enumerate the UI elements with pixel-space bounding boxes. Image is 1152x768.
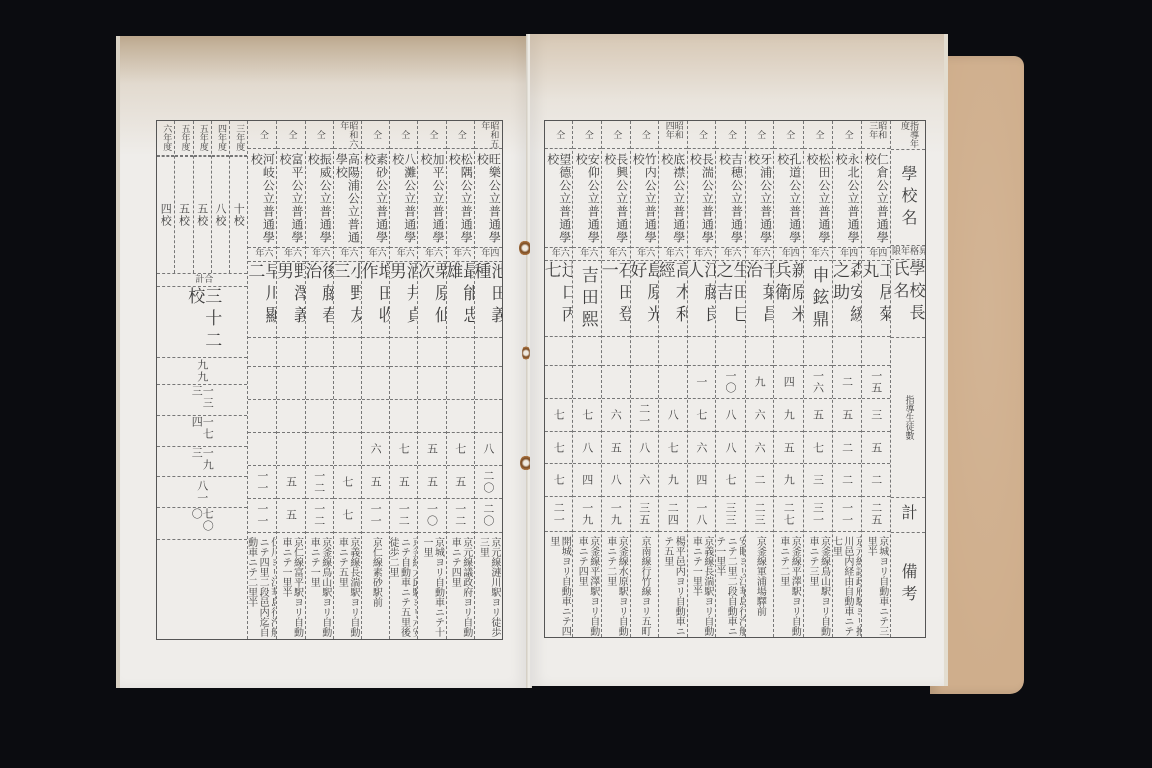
total-cell: 一二 — [306, 499, 333, 533]
summary-school-count: 八校 — [212, 156, 229, 273]
principal-name-cell: 後藤春治 — [306, 262, 333, 338]
year-cell: 昭和三年 — [862, 121, 890, 149]
grade-years-cell: 六年 — [688, 248, 716, 262]
remarks-cell: 京釜線鳥山駅ヨリ自動車ニテ三里 — [804, 532, 832, 638]
total-cell: 一九 — [602, 497, 630, 531]
grade-years-cell: 六年 — [746, 248, 774, 262]
remarks-cell: 仁川ヨリ江華島行汽船ニテ四里二段邑内迄自動車ニテ二里半 — [248, 533, 276, 639]
year-cell: 仝 — [545, 121, 573, 149]
remarks-cell: 開城ヨリ自動車ニテ四里 — [545, 532, 573, 638]
student-count-cell — [602, 337, 630, 367]
register-column: 仝松田公立普通學校六年申鉉鼎一六五七三三一京釜線鳥山駅ヨリ自動車ニテ三里 — [803, 121, 832, 637]
year-cell: 仝 — [688, 121, 716, 149]
grade-years-cell: 六年 — [545, 248, 573, 262]
grade-years-cell: 六年 — [573, 248, 601, 262]
student-count-cell — [390, 367, 417, 400]
student-count-cell — [362, 400, 389, 433]
school-name-cell: 望德公立普通學校 — [545, 149, 573, 248]
school-name-cell: 松隅公立普通學校 — [447, 149, 474, 248]
student-count-cell — [602, 366, 630, 399]
student-count-cell: 八 — [716, 399, 745, 432]
student-count-cell — [545, 366, 573, 399]
year-cell: 仝 — [774, 121, 803, 149]
student-count-cell — [334, 400, 361, 433]
total-cell: 二〇 — [475, 499, 502, 533]
total-cell: 三三 — [716, 497, 745, 531]
student-count-cell — [447, 400, 474, 433]
principal-name-cell: 申鉉鼎 — [804, 261, 832, 337]
student-count-cell — [248, 367, 276, 400]
student-count-cell: 二 — [833, 366, 862, 399]
school-name-cell: 素砂公立普通學校 — [362, 149, 389, 248]
grade-years-cell: 六年 — [659, 248, 687, 262]
year-cell: 昭和六年 — [334, 121, 361, 149]
register-column: 昭和六年高陽浦公立普通學校六年小野友三七七京義線長湍駅ヨリ自動車ニテ五里 — [333, 121, 361, 639]
total-cell: 一一 — [833, 497, 862, 531]
principal-name-cell: 小野友三 — [334, 262, 361, 338]
student-count-cell: 七 — [804, 432, 832, 465]
student-count-cell: 一六 — [804, 366, 832, 399]
student-count-cell — [390, 338, 417, 368]
register-column: 仝永北公立普通學校四年森安緩之助二五二二一一京元線議政府駅ヨリ抱川邑内経由自動車… — [832, 121, 862, 637]
student-count-cell — [447, 367, 474, 400]
student-count-cell — [659, 337, 687, 367]
remarks-cell: 安眠ヨリ江華島行汽船ニテ二里二段自動車ニテ一里半 — [716, 532, 745, 638]
student-count-cell: 九 — [746, 366, 774, 399]
remarks-cell: 京釜線水原駅ヨリ自動車ニテ二里 — [602, 532, 630, 638]
student-count-cell — [774, 337, 803, 367]
student-count-cell — [475, 367, 502, 400]
student-count-cell: 八 — [716, 432, 745, 465]
grade-years-cell: 四年 — [475, 248, 502, 262]
student-count-cell — [833, 337, 862, 367]
register-column: 仝振威公立普通學校六年後藤春治一二一二京釜線鳥山駅ヨリ自動車ニテ一里 — [305, 121, 333, 639]
student-count-cell: 七 — [545, 432, 573, 465]
year-cell: 仝 — [746, 121, 774, 149]
binding-hole — [522, 345, 530, 361]
grade-years-cell: 四年 — [862, 248, 890, 262]
register-column: 仝長湍公立普通學校六年江藤良人一七六四一八京義線長湍駅ヨリ自動車ニテ一里半 — [687, 121, 716, 637]
student-count-cell: 四 — [688, 464, 716, 497]
register-column: 昭和四年底襟公立普通學校六年高木利經八七九二四楊平邑内ヨリ自動車ニテ五里 — [658, 121, 687, 637]
remarks-cell: 楊平邑内ヨリ自動車ニテ五里 — [659, 532, 687, 638]
total-cell: 二七 — [774, 497, 803, 531]
total-cell: 一〇 — [418, 499, 445, 533]
grand-total-count: 一九三 — [157, 447, 247, 478]
student-count-cell: 六 — [688, 432, 716, 465]
year-cell: 仝 — [277, 121, 304, 149]
principal-name-cell: 早川顯二 — [248, 262, 276, 338]
year-cell: 仝 — [306, 121, 333, 149]
student-count-cell: 五 — [862, 432, 890, 465]
student-count-cell: 五 — [390, 466, 417, 499]
principal-name-cell: 千葉昌治 — [746, 261, 774, 337]
register-column: 仝富平公立普通學校六年野澤義男五五京仁線富平駅ヨリ自動車ニテ一里半 — [276, 121, 304, 639]
grade-years-cell: 四年 — [833, 248, 862, 262]
student-count-cell: 七 — [545, 399, 573, 432]
grade-years-cell: 六年 — [390, 248, 417, 262]
year-cell: 昭和四年 — [659, 121, 687, 149]
remarks-cell: 京元線議政府駅ヨリ抱川邑内経由自動車ニテ七里 — [833, 532, 862, 638]
school-name-cell: 河岐公立普通學校 — [248, 149, 276, 248]
total-cell: 三一 — [804, 497, 832, 531]
student-count-cell: 五 — [418, 433, 445, 466]
summary-year-label: 六年度 — [157, 121, 174, 156]
student-count-cell: 二 — [833, 432, 862, 465]
student-count-cell: 六 — [746, 399, 774, 432]
student-count-cell — [716, 337, 745, 367]
student-count-cell — [447, 338, 474, 368]
student-count-cell — [306, 433, 333, 466]
register-column: 仝加平公立普通學校六年栗原仙次五五一〇京城ヨリ自動車ニテ十一里 — [417, 121, 445, 639]
grand-total-label: 合計 — [157, 274, 247, 287]
student-count-cell — [631, 366, 659, 399]
summary-school-count: 五校 — [175, 156, 192, 273]
total-cell: 二四 — [659, 497, 687, 531]
header-total: 計 — [891, 498, 925, 533]
student-count-cell: 四 — [774, 366, 803, 399]
student-count-cell: 八 — [573, 432, 601, 465]
student-count-cell: 二 — [746, 464, 774, 497]
student-count-cell — [804, 337, 832, 367]
right-register-table: 指導年度學校名昇格年限學校長氏名指導生徒數計備考昭和三年仁倉公立普通學校四年工居… — [544, 120, 926, 638]
left-register-table: 昭和五年旺樂公立普通學校四年池田義種八二〇二〇京元線漣川駅ヨリ徒歩三里仝松隅公立… — [156, 120, 503, 640]
student-count-cell — [277, 367, 304, 400]
student-count-cell — [277, 433, 304, 466]
student-count-cell — [545, 337, 573, 367]
register-column: 仝長興公立普通學校六年石田登一六五八一九京釜線水原駅ヨリ自動車ニテ二里 — [601, 121, 630, 637]
school-name-cell: 八灘公立普通學校 — [390, 149, 417, 248]
register-column: 仝望德公立普通學校六年辻口丙七七七七二一開城ヨリ自動車ニテ四里 — [545, 121, 573, 637]
student-count-cell: 八 — [475, 433, 502, 466]
student-count-cell: 一〇 — [716, 366, 745, 399]
total-cell: 一二 — [447, 499, 474, 533]
summary-year-label: 四年度 — [212, 121, 229, 156]
student-count-cell: 一 — [688, 366, 716, 399]
principal-name-cell: 江藤良人 — [688, 261, 716, 337]
student-count-cell: 二 — [833, 464, 862, 497]
student-count-cell: 七 — [716, 464, 745, 497]
school-name-cell: 長興公立普通學校 — [602, 149, 630, 248]
register-column: 仝安仰公立普通學校六年吉田熙七八四一九京釜線平澤駅ヨリ自動車ニテ四里 — [572, 121, 601, 637]
grade-years-cell: 四年 — [774, 248, 803, 262]
remarks-cell: 京南線行竹線ヨリ五町 — [631, 532, 659, 638]
year-cell: 仝 — [833, 121, 862, 149]
principal-name-cell: 高木利經 — [659, 261, 687, 337]
student-count-cell: 五 — [447, 466, 474, 499]
year-cell: 仝 — [362, 121, 389, 149]
school-name-cell: 高陽浦公立普通學校 — [334, 149, 361, 248]
header-student-count: 指導生徒數 — [891, 338, 925, 498]
summary-school-count: 十校 — [230, 156, 247, 273]
remarks-cell: 京義線長湍駅ヨリ自動車ニテ一里半 — [688, 532, 716, 638]
grade-years-cell: 六年 — [447, 248, 474, 262]
school-name-cell: 竹内公立普通學校 — [631, 149, 659, 248]
principal-name-cell: 辻口丙七 — [545, 261, 573, 337]
principal-name-cell: 森安緩之助 — [833, 261, 862, 337]
student-count-cell: 五 — [602, 432, 630, 465]
principal-name-cell: 野澤義男 — [277, 262, 304, 338]
student-count-cell: 六 — [602, 399, 630, 432]
total-cell: 一一 — [362, 499, 389, 533]
student-count-cell — [277, 338, 304, 368]
student-count-cell: 七 — [390, 433, 417, 466]
header-column: 指導年度學校名昇格年限學校長氏名指導生徒數計備考 — [890, 121, 925, 637]
total-cell: 五 — [277, 499, 304, 533]
student-count-cell: 二一 — [631, 399, 659, 432]
student-count-cell — [362, 338, 389, 368]
year-cell: 仝 — [804, 121, 832, 149]
school-name-cell: 長湍公立普通學校 — [688, 149, 716, 248]
student-count-cell — [475, 400, 502, 433]
summary-year-label: 三年度 — [230, 121, 247, 156]
student-count-cell: 六 — [746, 432, 774, 465]
total-cell: 一二 — [390, 499, 417, 533]
principal-name-cell: 生田巳之吉 — [716, 261, 745, 337]
principal-name-cell: 池田義種 — [475, 262, 502, 338]
header-year: 指導年度 — [891, 121, 925, 150]
student-count-cell: 五 — [774, 432, 803, 465]
school-name-cell: 仁倉公立普通學校 — [862, 149, 890, 248]
remarks-cell: 京釜線大邱駅ヨリ六安ニテ自動車ニテ五里後徒歩二里 — [390, 533, 417, 639]
student-count-cell: 七 — [659, 432, 687, 465]
school-name-cell: 孔道公立普通學校 — [774, 149, 803, 248]
school-name-cell: 底襟公立普通學校 — [659, 149, 687, 248]
register-column: 仝竹内公立普通學校六年島原光好二一八六三五京南線行竹線ヨリ五町 — [630, 121, 659, 637]
register-column: 仝吉穂公立普通學校六年生田巳之吉一〇八八七三三安眠ヨリ江華島行汽船ニテ二里二段自… — [715, 121, 745, 637]
student-count-cell — [418, 400, 445, 433]
school-name-cell: 安仰公立普通學校 — [573, 149, 601, 248]
student-count-cell: 三 — [862, 399, 890, 432]
remarks-cell: 京釜線平澤駅ヨリ自動車ニテ四里 — [573, 532, 601, 638]
student-count-cell — [334, 367, 361, 400]
student-count-cell — [475, 338, 502, 368]
header-grade-years: 昇格年限 — [891, 246, 925, 260]
grand-total-count: 一七四 — [157, 416, 247, 447]
grade-years-cell: 六年 — [804, 248, 832, 262]
register-column: 仝素砂公立普通學校六年増田收作六五一一京仁線素砂駅前 — [361, 121, 389, 639]
student-count-cell — [573, 337, 601, 367]
principal-name-cell: 石田登一 — [602, 261, 630, 337]
grade-years-cell: 六年 — [602, 248, 630, 262]
header-remarks: 備考 — [891, 533, 925, 637]
principal-name-cell: 酒井貞男 — [390, 262, 417, 338]
student-count-cell: 五 — [362, 466, 389, 499]
student-count-cell — [248, 400, 276, 433]
student-count-cell: 五 — [804, 399, 832, 432]
register-column: 昭和五年旺樂公立普通學校四年池田義種八二〇二〇京元線漣川駅ヨリ徒歩三里 — [474, 121, 502, 639]
student-count-cell — [573, 366, 601, 399]
principal-name-cell: 増田收作 — [362, 262, 389, 338]
student-count-cell — [390, 400, 417, 433]
backing-card — [930, 56, 1024, 694]
remarks-cell: 京釜線鳥山駅ヨリ自動車ニテ一里 — [306, 533, 333, 639]
student-count-cell — [631, 337, 659, 367]
header-school-name: 學校名 — [891, 150, 925, 247]
student-count-cell — [334, 433, 361, 466]
summary-school-count: 五校 — [194, 156, 211, 273]
student-count-cell — [248, 433, 276, 466]
student-count-cell: 二〇 — [475, 466, 502, 499]
total-cell: 二一 — [545, 497, 573, 531]
student-count-cell: 九 — [774, 399, 803, 432]
grade-years-cell: 六年 — [716, 248, 745, 262]
remarks-cell: 京仁線素砂駅前 — [362, 533, 389, 639]
student-count-cell: 一五 — [862, 366, 890, 399]
school-name-cell: 吉穂公立普通學校 — [716, 149, 745, 248]
year-cell: 仝 — [602, 121, 630, 149]
total-cell: 二五 — [862, 497, 890, 531]
student-count-cell — [306, 338, 333, 368]
student-count-cell — [248, 338, 276, 368]
grade-years-cell: 六年 — [277, 248, 304, 262]
principal-name-cell: 最能忠雄 — [447, 262, 474, 338]
register-column: 昭和三年仁倉公立普通學校四年工居菊丸一五三五二二五京城ヨリ自動車ニテ三里半 — [861, 121, 890, 637]
principal-name-cell: 吉田熙 — [573, 261, 601, 337]
student-count-cell: 八 — [631, 432, 659, 465]
principal-name-cell: 新原米兵衛 — [774, 261, 803, 337]
remarks-cell: 京城ヨリ自動車ニテ十一里 — [418, 533, 445, 639]
year-cell: 仝 — [390, 121, 417, 149]
year-cell: 仝 — [573, 121, 601, 149]
summary-school-count: 四校 — [157, 156, 174, 273]
principal-name-cell: 栗原仙次 — [418, 262, 445, 338]
student-count-cell: 八 — [659, 399, 687, 432]
year-cell: 仝 — [248, 121, 276, 149]
year-cell: 仝 — [631, 121, 659, 149]
summary-section: 三年度十校四年度八校五年度五校五年度五校六年度四校合計三十二校九九一三三一七四一… — [157, 121, 247, 639]
school-name-cell: 振威公立普通學校 — [306, 149, 333, 248]
grand-total-count: 九九 — [157, 358, 247, 386]
student-count-cell: 七 — [545, 464, 573, 497]
register-column: 仝松隅公立普通學校六年最能忠雄七五一二京元線議政府ヨリ自動車ニテ四里 — [446, 121, 474, 639]
grand-total-count: 一三三 — [157, 385, 247, 416]
total-cell: 一九 — [573, 497, 601, 531]
student-count-cell — [746, 337, 774, 367]
right-page: 指導年度學校名昇格年限學校長氏名指導生徒數計備考昭和三年仁倉公立普通學校四年工居… — [530, 34, 944, 686]
year-cell: 仝 — [716, 121, 745, 149]
remarks-cell: 京仁線富平駅ヨリ自動車ニテ一里半 — [277, 533, 304, 639]
remarks-cell: 京義線長湍駅ヨリ自動車ニテ五里 — [334, 533, 361, 639]
student-count-cell: 七 — [447, 433, 474, 466]
remarks-cell: 京釜線軍浦場驛前 — [746, 532, 774, 638]
grade-years-cell: 六年 — [306, 248, 333, 262]
school-name-cell: 加平公立普通學校 — [418, 149, 445, 248]
grand-total-schools: 三十二校 — [157, 287, 247, 358]
year-cell: 昭和五年 — [475, 121, 502, 149]
total-cell: 七 — [334, 499, 361, 533]
student-count-cell — [418, 338, 445, 368]
total-cell: 二三 — [746, 497, 774, 531]
student-count-cell — [862, 337, 890, 367]
grand-total-sum: 七〇〇 — [157, 508, 247, 540]
remarks-cell: 京元線漣川駅ヨリ徒歩三里 — [475, 533, 502, 639]
year-cell: 仝 — [447, 121, 474, 149]
remarks-cell: 京釜線平澤駅ヨリ自動車ニテ二里 — [774, 532, 803, 638]
student-count-cell — [362, 367, 389, 400]
school-name-cell: 松田公立普通學校 — [804, 149, 832, 248]
school-name-cell: 旺樂公立普通學校 — [475, 149, 502, 248]
student-count-cell: 一二 — [306, 466, 333, 499]
empty-remarks-cell — [157, 540, 247, 639]
grand-total-count: 八一 — [157, 477, 247, 508]
grade-years-cell: 六年 — [418, 248, 445, 262]
student-count-cell — [334, 338, 361, 368]
header-principal: 學校長氏名 — [891, 260, 925, 337]
remarks-cell: 京元線議政府ヨリ自動車ニテ四里 — [447, 533, 474, 639]
school-name-cell: 永北公立普通學校 — [833, 149, 862, 248]
grade-years-cell: 六年 — [334, 248, 361, 262]
register-column: 仝孔道公立普通學校四年新原米兵衛四九五九二七京釜線平澤駅ヨリ自動車ニテ二里 — [773, 121, 803, 637]
student-count-cell — [688, 337, 716, 367]
student-count-cell: 六 — [362, 433, 389, 466]
student-count-cell — [277, 400, 304, 433]
student-count-cell: 二 — [862, 464, 890, 497]
student-count-cell: 一一 — [248, 466, 276, 499]
student-count-cell: 七 — [688, 399, 716, 432]
student-count-cell — [306, 400, 333, 433]
student-count-cell — [659, 366, 687, 399]
student-count-cell: 五 — [418, 466, 445, 499]
student-count-cell: 四 — [573, 464, 601, 497]
principal-name-cell: 島原光好 — [631, 261, 659, 337]
grade-years-cell: 六年 — [362, 248, 389, 262]
student-count-cell: 六 — [631, 464, 659, 497]
grade-years-cell: 六年 — [631, 248, 659, 262]
principal-name-cell: 工居菊丸 — [862, 261, 890, 337]
school-name-cell: 富平公立普通學校 — [277, 149, 304, 248]
student-count-cell: 七 — [573, 399, 601, 432]
register-column: 仝河岐公立普通學校六年早川顯二一一一一仁川ヨリ江華島行汽船ニテ四里二段邑内迄自動… — [247, 121, 276, 639]
total-cell: 三五 — [631, 497, 659, 531]
student-count-cell — [418, 367, 445, 400]
total-cell: 一八 — [688, 497, 716, 531]
summary-year-label: 五年度 — [194, 121, 211, 156]
grade-years-cell: 六年 — [248, 248, 276, 262]
remarks-cell: 京城ヨリ自動車ニテ三里半 — [862, 532, 890, 638]
student-count-cell: 八 — [602, 464, 630, 497]
year-cell: 仝 — [418, 121, 445, 149]
student-count-cell: 九 — [774, 464, 803, 497]
total-cell: 一一 — [248, 499, 276, 533]
student-count-cell — [306, 367, 333, 400]
student-count-cell: 七 — [334, 466, 361, 499]
student-count-cell: 九 — [659, 464, 687, 497]
register-column: 仝牙浦公立普通學校六年千葉昌治九六六二二三京釜線軍浦場驛前 — [745, 121, 774, 637]
summary-year-label: 五年度 — [175, 121, 192, 156]
student-count-cell: 三 — [804, 464, 832, 497]
school-name-cell: 牙浦公立普通學校 — [746, 149, 774, 248]
student-count-cell: 五 — [277, 466, 304, 499]
register-column: 仝八灘公立普通學校六年酒井貞男七五一二京釜線大邱駅ヨリ六安ニテ自動車ニテ五里後徒… — [389, 121, 417, 639]
left-page: 昭和五年旺樂公立普通學校四年池田義種八二〇二〇京元線漣川駅ヨリ徒歩三里仝松隅公立… — [120, 36, 528, 688]
student-count-cell: 五 — [833, 399, 862, 432]
